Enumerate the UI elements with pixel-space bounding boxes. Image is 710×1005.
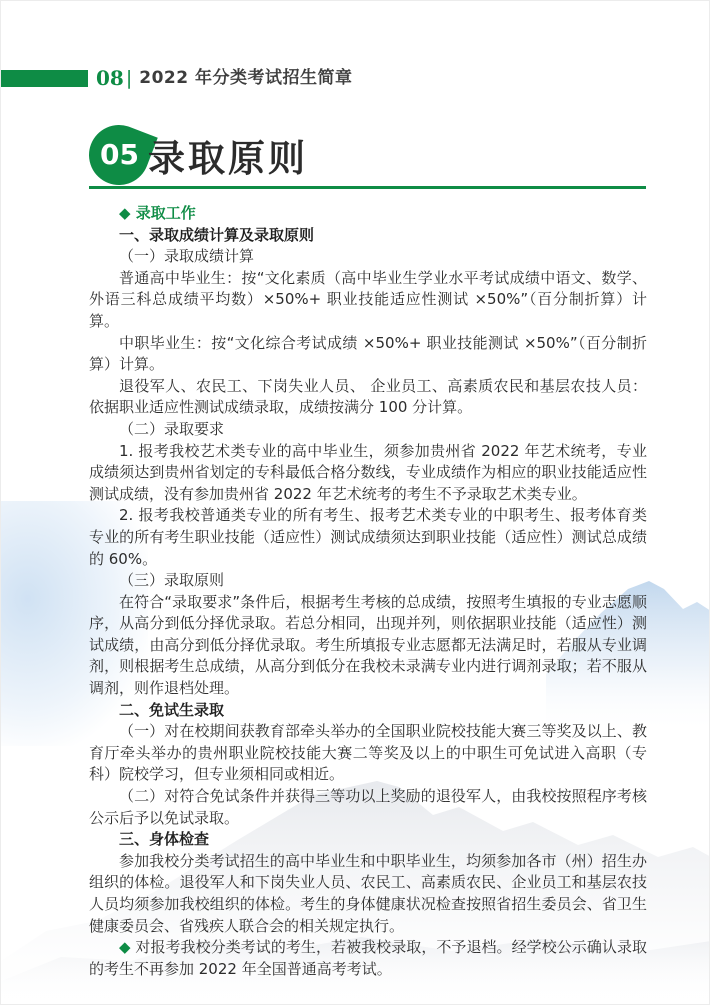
paragraph: 参加我校分类考试招生的高中毕业生和中职毕业生，均须参加各市（州）招生办组织的体检…: [89, 851, 647, 937]
paragraph-text: 一、录取成绩计算及录取原则: [119, 226, 314, 244]
page-header: 08 | 2022 年分类考试招生简章: [1, 67, 709, 89]
paragraph: （一）对在校期间获教育部牵头举办的全国职业院校技能大赛三等奖及以上、教育厅牵头举…: [89, 721, 647, 786]
badge-teardrop-shape: 05: [80, 116, 158, 194]
paragraph: 1. 报考我校艺术类专业的高中毕业生，须参加贵州省 2022 年艺术统考，专业成…: [89, 441, 647, 506]
paragraph-text: 普通高中毕业生：按“文化素质（高中毕业生学业水平考试成绩中语文、数学、外语三科总…: [89, 269, 647, 330]
section-number-badge: 05: [86, 122, 152, 188]
section-number: 05: [100, 141, 139, 169]
paragraph-text: 录取工作: [136, 204, 196, 222]
document-page: 08 | 2022 年分类考试招生简章 05 录取原则 ◆ 录取工作一、录取成绩…: [0, 0, 710, 1005]
paragraph: 二、免试生录取: [89, 700, 647, 722]
paragraph: 中职毕业生：按“文化综合考试成绩 ×50%+ 职业技能测试 ×50%”（百分制折…: [89, 333, 647, 376]
page-number: 08: [96, 68, 124, 88]
paragraph: （三）录取原则: [89, 570, 647, 592]
paragraph: ◆ 对报考我校分类考试的考生，若被我校录取，不予退档。经学校公示确认录取的考生不…: [89, 937, 647, 980]
paragraph: 在符合“录取要求”条件后，根据考生考核的总成绩，按照考生填报的专业志愿顺序，从高…: [89, 592, 647, 700]
paragraph: （一）录取成绩计算: [89, 246, 647, 268]
paragraph-text: 参加我校分类考试招生的高中毕业生和中职毕业生，均须参加各市（州）招生办组织的体检…: [89, 852, 647, 935]
paragraph-text: （二）对符合免试条件并获得三等功以上奖励的退役军人，由我校按照程序考核公示后予以…: [89, 787, 647, 827]
content-area: ◆ 录取工作一、录取成绩计算及录取原则（一）录取成绩计算普通高中毕业生：按“文化…: [89, 203, 647, 980]
paragraph-text: （二）录取要求: [119, 420, 224, 438]
paragraph: 退役军人、农民工、下岗失业人员、 企业员工、高素质农民和基层农技人员：依据职业适…: [89, 376, 647, 419]
header-title: 2022 年分类考试招生简章: [139, 70, 352, 87]
paragraph-text: （一）录取成绩计算: [119, 247, 254, 265]
header-accent-bar: [1, 70, 88, 87]
paragraph: 2. 报考我校普通类专业的所有考生、报考艺术类专业的中职考生、报考体育类专业的所…: [89, 505, 647, 570]
paragraph-text: 1. 报考我校艺术类专业的高中毕业生，须参加贵州省 2022 年艺术统考，专业成…: [89, 442, 647, 503]
paragraph-text: 三、身体检查: [119, 830, 209, 848]
paragraph-text: （三）录取原则: [119, 571, 224, 589]
paragraph: 普通高中毕业生：按“文化素质（高中毕业生学业水平考试成绩中语文、数学、外语三科总…: [89, 268, 647, 333]
paragraph-text: 退役军人、农民工、下岗失业人员、 企业员工、高素质农民和基层农技人员：依据职业适…: [89, 377, 647, 417]
paragraph-text: 2. 报考我校普通类专业的所有考生、报考艺术类专业的中职考生、报考体育类专业的所…: [89, 506, 647, 567]
section-title: 录取原则: [148, 136, 308, 182]
paragraph-text: 中职毕业生：按“文化综合考试成绩 ×50%+ 职业技能测试 ×50%”（百分制折…: [89, 334, 647, 374]
header-separator: |: [126, 69, 132, 88]
paragraph: （二）对符合免试条件并获得三等功以上奖励的退役军人，由我校按照程序考核公示后予以…: [89, 786, 647, 829]
diamond-bullet-icon: ◆: [119, 938, 135, 956]
paragraph: 三、身体检查: [89, 829, 647, 851]
paragraph-text: 二、免试生录取: [119, 701, 224, 719]
paragraph-text: 在符合“录取要求”条件后，根据考生考核的总成绩，按照考生填报的专业志愿顺序，从高…: [89, 593, 647, 697]
paragraph-text: 对报考我校分类考试的考生，若被我校录取，不予退档。经学校公示确认录取的考生不再参…: [89, 938, 647, 978]
paragraph: ◆ 录取工作: [89, 203, 647, 225]
paragraph-text: （一）对在校期间获教育部牵头举办的全国职业院校技能大赛三等奖及以上、教育厅牵头举…: [89, 722, 647, 783]
paragraph: 一、录取成绩计算及录取原则: [89, 225, 647, 247]
diamond-bullet-icon: ◆: [119, 204, 136, 222]
title-underline: [89, 186, 646, 189]
paragraph: （二）录取要求: [89, 419, 647, 441]
